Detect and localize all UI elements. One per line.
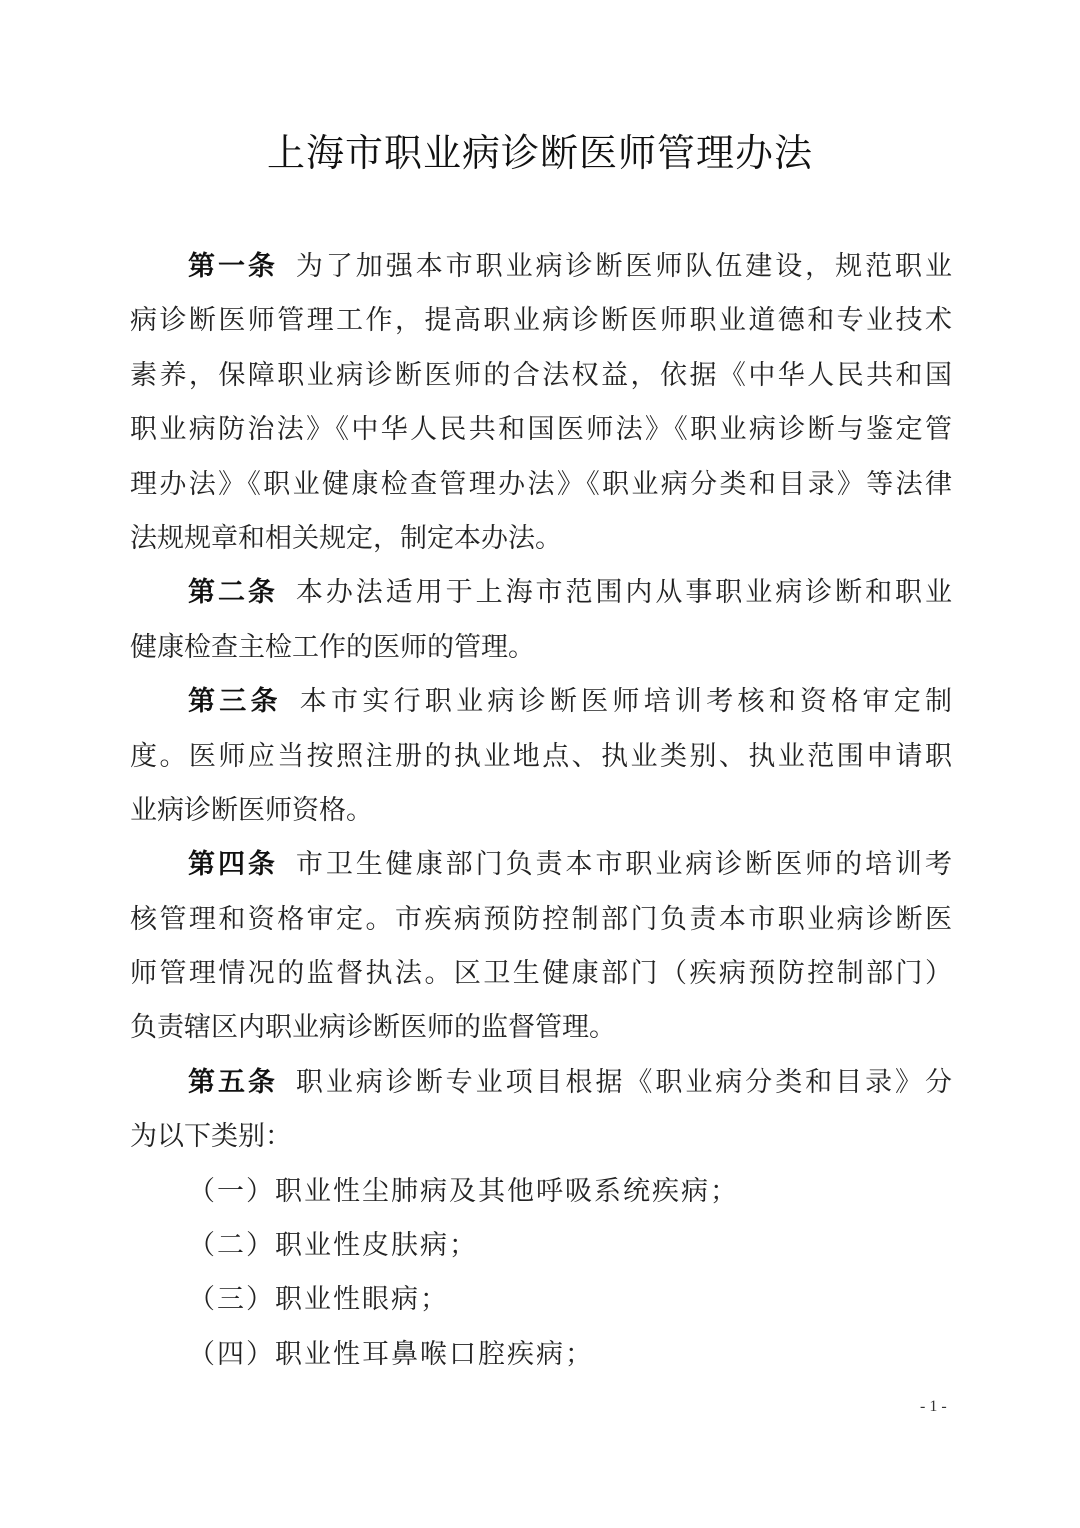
document-body: 第一条为了加强本市职业病诊断医师队伍建设，规范职业 病诊断医师管理工作，提高职业… <box>130 240 952 1382</box>
article-line: 为以下类别： <box>130 1110 952 1164</box>
article-2: 第二条本办法适用于上海市范围内从事职业病诊断和职业 健康检查主检工作的医师的管理… <box>130 566 952 675</box>
category-item: （一）职业性尘肺病及其他呼吸系统疾病； <box>130 1165 952 1219</box>
article-4: 第四条市卫生健康部门负责本市职业病诊断医师的培训考 核管理和资格审定。市疾病预防… <box>130 838 952 1056</box>
document-title: 上海市职业病诊断医师管理办法 <box>0 128 1080 178</box>
article-line: 度。医师应当按照注册的执业地点、执业类别、执业范围申请职 <box>130 730 952 784</box>
article-1: 第一条为了加强本市职业病诊断医师队伍建设，规范职业 病诊断医师管理工作，提高职业… <box>130 240 952 566</box>
article-line: 第三条本市实行职业病诊断医师培训考核和资格审定制 <box>130 675 952 729</box>
article-line: 职业病防治法》《中华人民共和国医师法》《职业病诊断与鉴定管 <box>130 403 952 457</box>
article-label: 第二条 <box>188 577 278 608</box>
article-text: 为了加强本市职业病诊断医师队伍建设，规范职业 <box>296 251 952 282</box>
article-line: 第四条市卫生健康部门负责本市职业病诊断医师的培训考 <box>130 838 952 892</box>
category-item: （二）职业性皮肤病； <box>130 1219 952 1273</box>
article-line: 法规规章和相关规定，制定本办法。 <box>130 512 952 566</box>
article-text: 本市实行职业病诊断医师培训考核和资格审定制 <box>300 686 952 717</box>
article-line: 负责辖区内职业病诊断医师的监督管理。 <box>130 1001 952 1055</box>
article-line: 业病诊断医师资格。 <box>130 784 952 838</box>
article-line: 核管理和资格审定。市疾病预防控制部门负责本市职业病诊断医 <box>130 893 952 947</box>
article-line: 健康检查主检工作的医师的管理。 <box>130 621 952 675</box>
category-item: （四）职业性耳鼻喉口腔疾病； <box>130 1328 952 1382</box>
article-line: 病诊断医师管理工作，提高职业病诊断医师职业道德和专业技术 <box>130 294 952 348</box>
article-3: 第三条本市实行职业病诊断医师培训考核和资格审定制 度。医师应当按照注册的执业地点… <box>130 675 952 838</box>
article-line: 师管理情况的监督执法。区卫生健康部门（疾病预防控制部门） <box>130 947 952 1001</box>
article-line: 第二条本办法适用于上海市范围内从事职业病诊断和职业 <box>130 566 952 620</box>
article-line: 第一条为了加强本市职业病诊断医师队伍建设，规范职业 <box>130 240 952 294</box>
article-label: 第一条 <box>188 251 278 282</box>
article-text: 市卫生健康部门负责本市职业病诊断医师的培训考 <box>296 849 952 880</box>
document-page: 上海市职业病诊断医师管理办法 第一条为了加强本市职业病诊断医师队伍建设，规范职业… <box>0 0 1080 1528</box>
article-line: 素养，保障职业病诊断医师的合法权益，依据《中华人民共和国 <box>130 349 952 403</box>
category-item: （三）职业性眼病； <box>130 1273 952 1327</box>
article-text: 职业病诊断专业项目根据《职业病分类和目录》分 <box>296 1067 952 1098</box>
page-number: - 1 - <box>920 1398 947 1416</box>
article-label: 第三条 <box>188 686 282 717</box>
article-text: 本办法适用于上海市范围内从事职业病诊断和职业 <box>296 577 952 608</box>
article-5: 第五条职业病诊断专业项目根据《职业病分类和目录》分 为以下类别： （一）职业性尘… <box>130 1056 952 1382</box>
article-line: 第五条职业病诊断专业项目根据《职业病分类和目录》分 <box>130 1056 952 1110</box>
article-label: 第五条 <box>188 1067 278 1098</box>
article-label: 第四条 <box>188 849 278 880</box>
article-line: 理办法》《职业健康检查管理办法》《职业病分类和目录》等法律 <box>130 458 952 512</box>
